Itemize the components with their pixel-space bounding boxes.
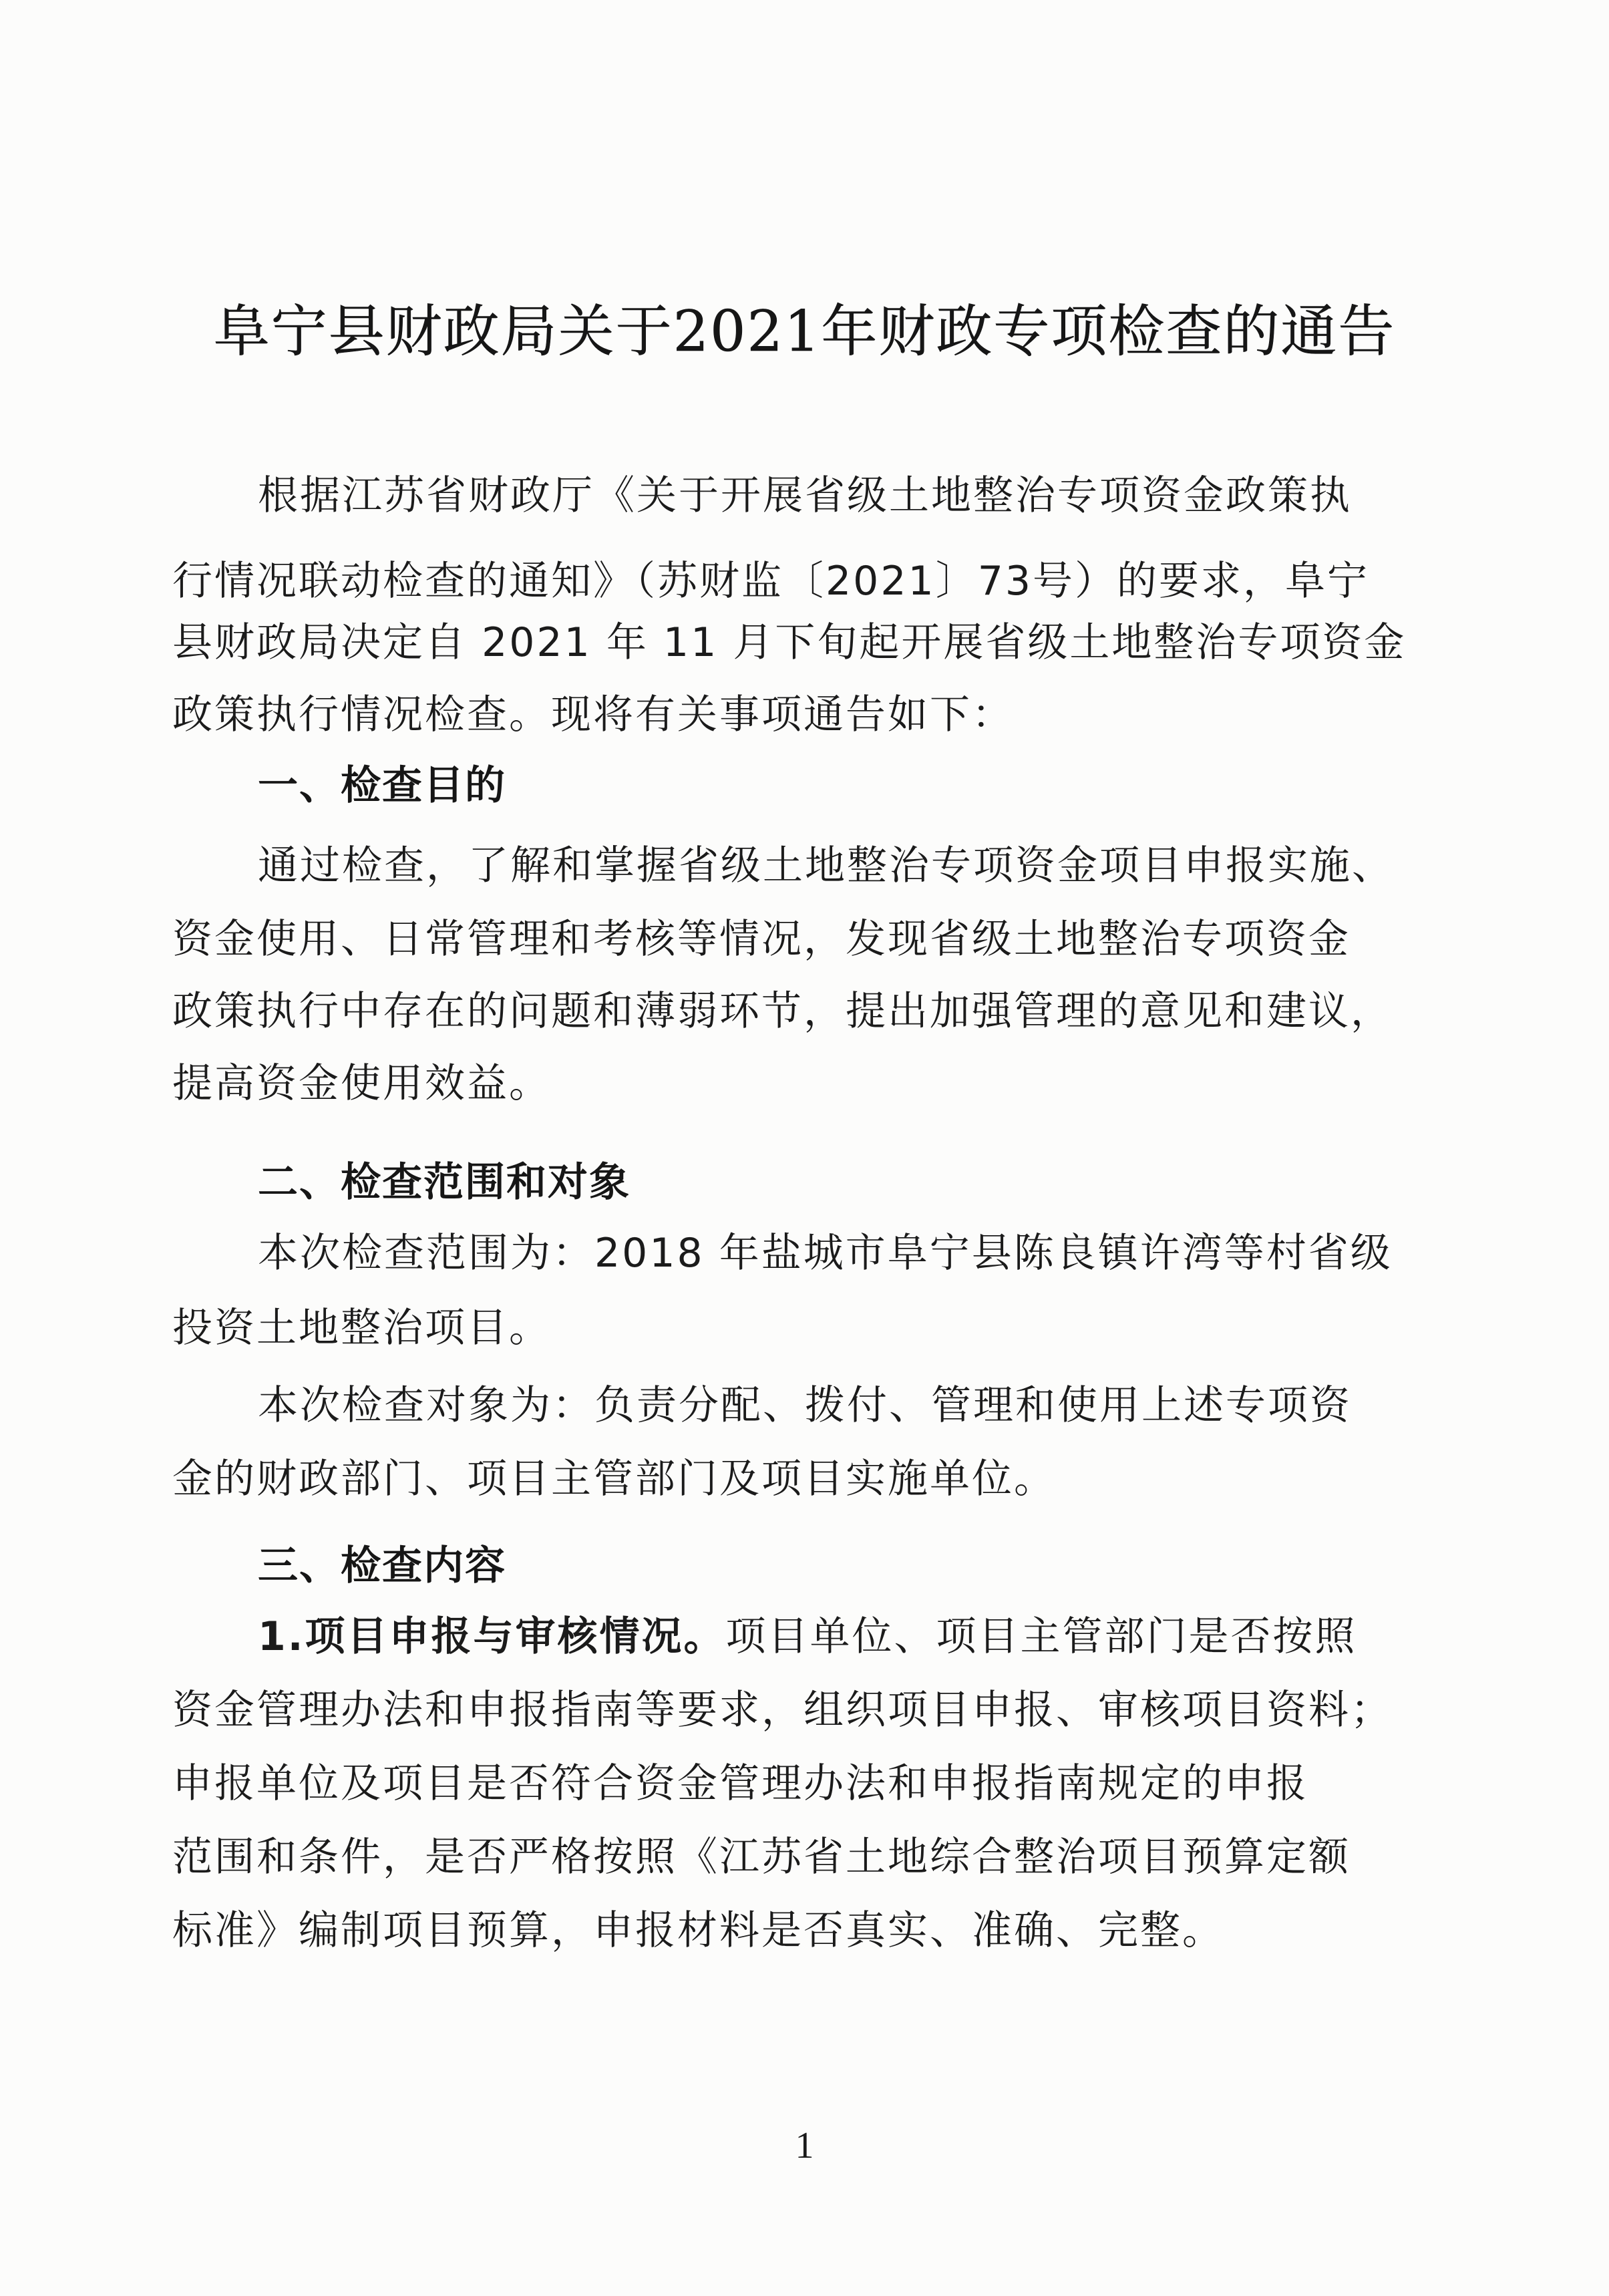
paragraph-line: 提高资金使用效益。 — [172, 1063, 551, 1104]
paragraph-line: 本次检查对象为：负责分配、拨付、管理和使用上述专项资 — [258, 1385, 1352, 1426]
paragraph-line: 金的财政部门、项目主管部门及项目实施单位。 — [172, 1459, 1056, 1499]
paragraph-line: 政策执行中存在的问题和薄弱环节，提出加强管理的意见和建议， — [172, 991, 1393, 1031]
paragraph-line: 范围和条件，是否严格按照《江苏省土地综合整治项目预算定额 — [172, 1837, 1351, 1877]
document-page: 阜宁县财政局关于2021年财政专项检查的通告 根据江苏省财政厅《关于开展省级土地… — [0, 0, 1609, 2296]
section-heading-scope: 二、检查范围和对象 — [258, 1162, 631, 1202]
intro-line: 行情况联动检查的通知》（苏财监〔2021〕73号）的要求，阜宁 — [172, 561, 1369, 601]
paragraph-text: 项目单位、项目主管部门是否按照 — [726, 1613, 1357, 1660]
paragraph-line: 1.项目申报与审核情况。项目单位、项目主管部门是否按照 — [258, 1617, 1357, 1657]
intro-line: 县财政局决定自 2021 年 11 月下旬起开展省级土地整治专项资金 — [172, 623, 1406, 663]
paragraph-line: 标准》编制项目预算，申报材料是否真实、准确、完整。 — [172, 1911, 1224, 1951]
paragraph-line: 资金使用、日常管理和考核等情况，发现省级土地整治专项资金 — [172, 919, 1351, 959]
document-body: 根据江苏省财政厅《关于开展省级土地整治专项资金政策执 行情况联动检查的通知》（苏… — [172, 0, 1415, 2296]
intro-line: 政策执行情况检查。现将有关事项通告如下： — [172, 695, 1014, 735]
paragraph-line: 投资土地整治项目。 — [172, 1308, 551, 1348]
paragraph-line: 本次检查范围为：2018 年盐城市阜宁县陈良镇许湾等村省级 — [258, 1233, 1393, 1273]
page-number: 1 — [0, 2124, 1609, 2167]
section-heading-content: 三、检查内容 — [258, 1546, 506, 1586]
paragraph-line: 资金管理办法和申报指南等要求，组织项目申报、审核项目资料； — [172, 1690, 1393, 1730]
paragraph-line: 通过检查，了解和掌握省级土地整治专项资金项目申报实施、 — [258, 846, 1394, 886]
section-heading-purpose: 一、检查目的 — [258, 766, 506, 806]
intro-line: 根据江苏省财政厅《关于开展省级土地整治专项资金政策执 — [258, 476, 1352, 516]
paragraph-line: 申报单位及项目是否符合资金管理办法和申报指南规定的申报 — [172, 1764, 1308, 1804]
paragraph-bold-lead: 1.项目申报与审核情况。 — [258, 1613, 726, 1660]
